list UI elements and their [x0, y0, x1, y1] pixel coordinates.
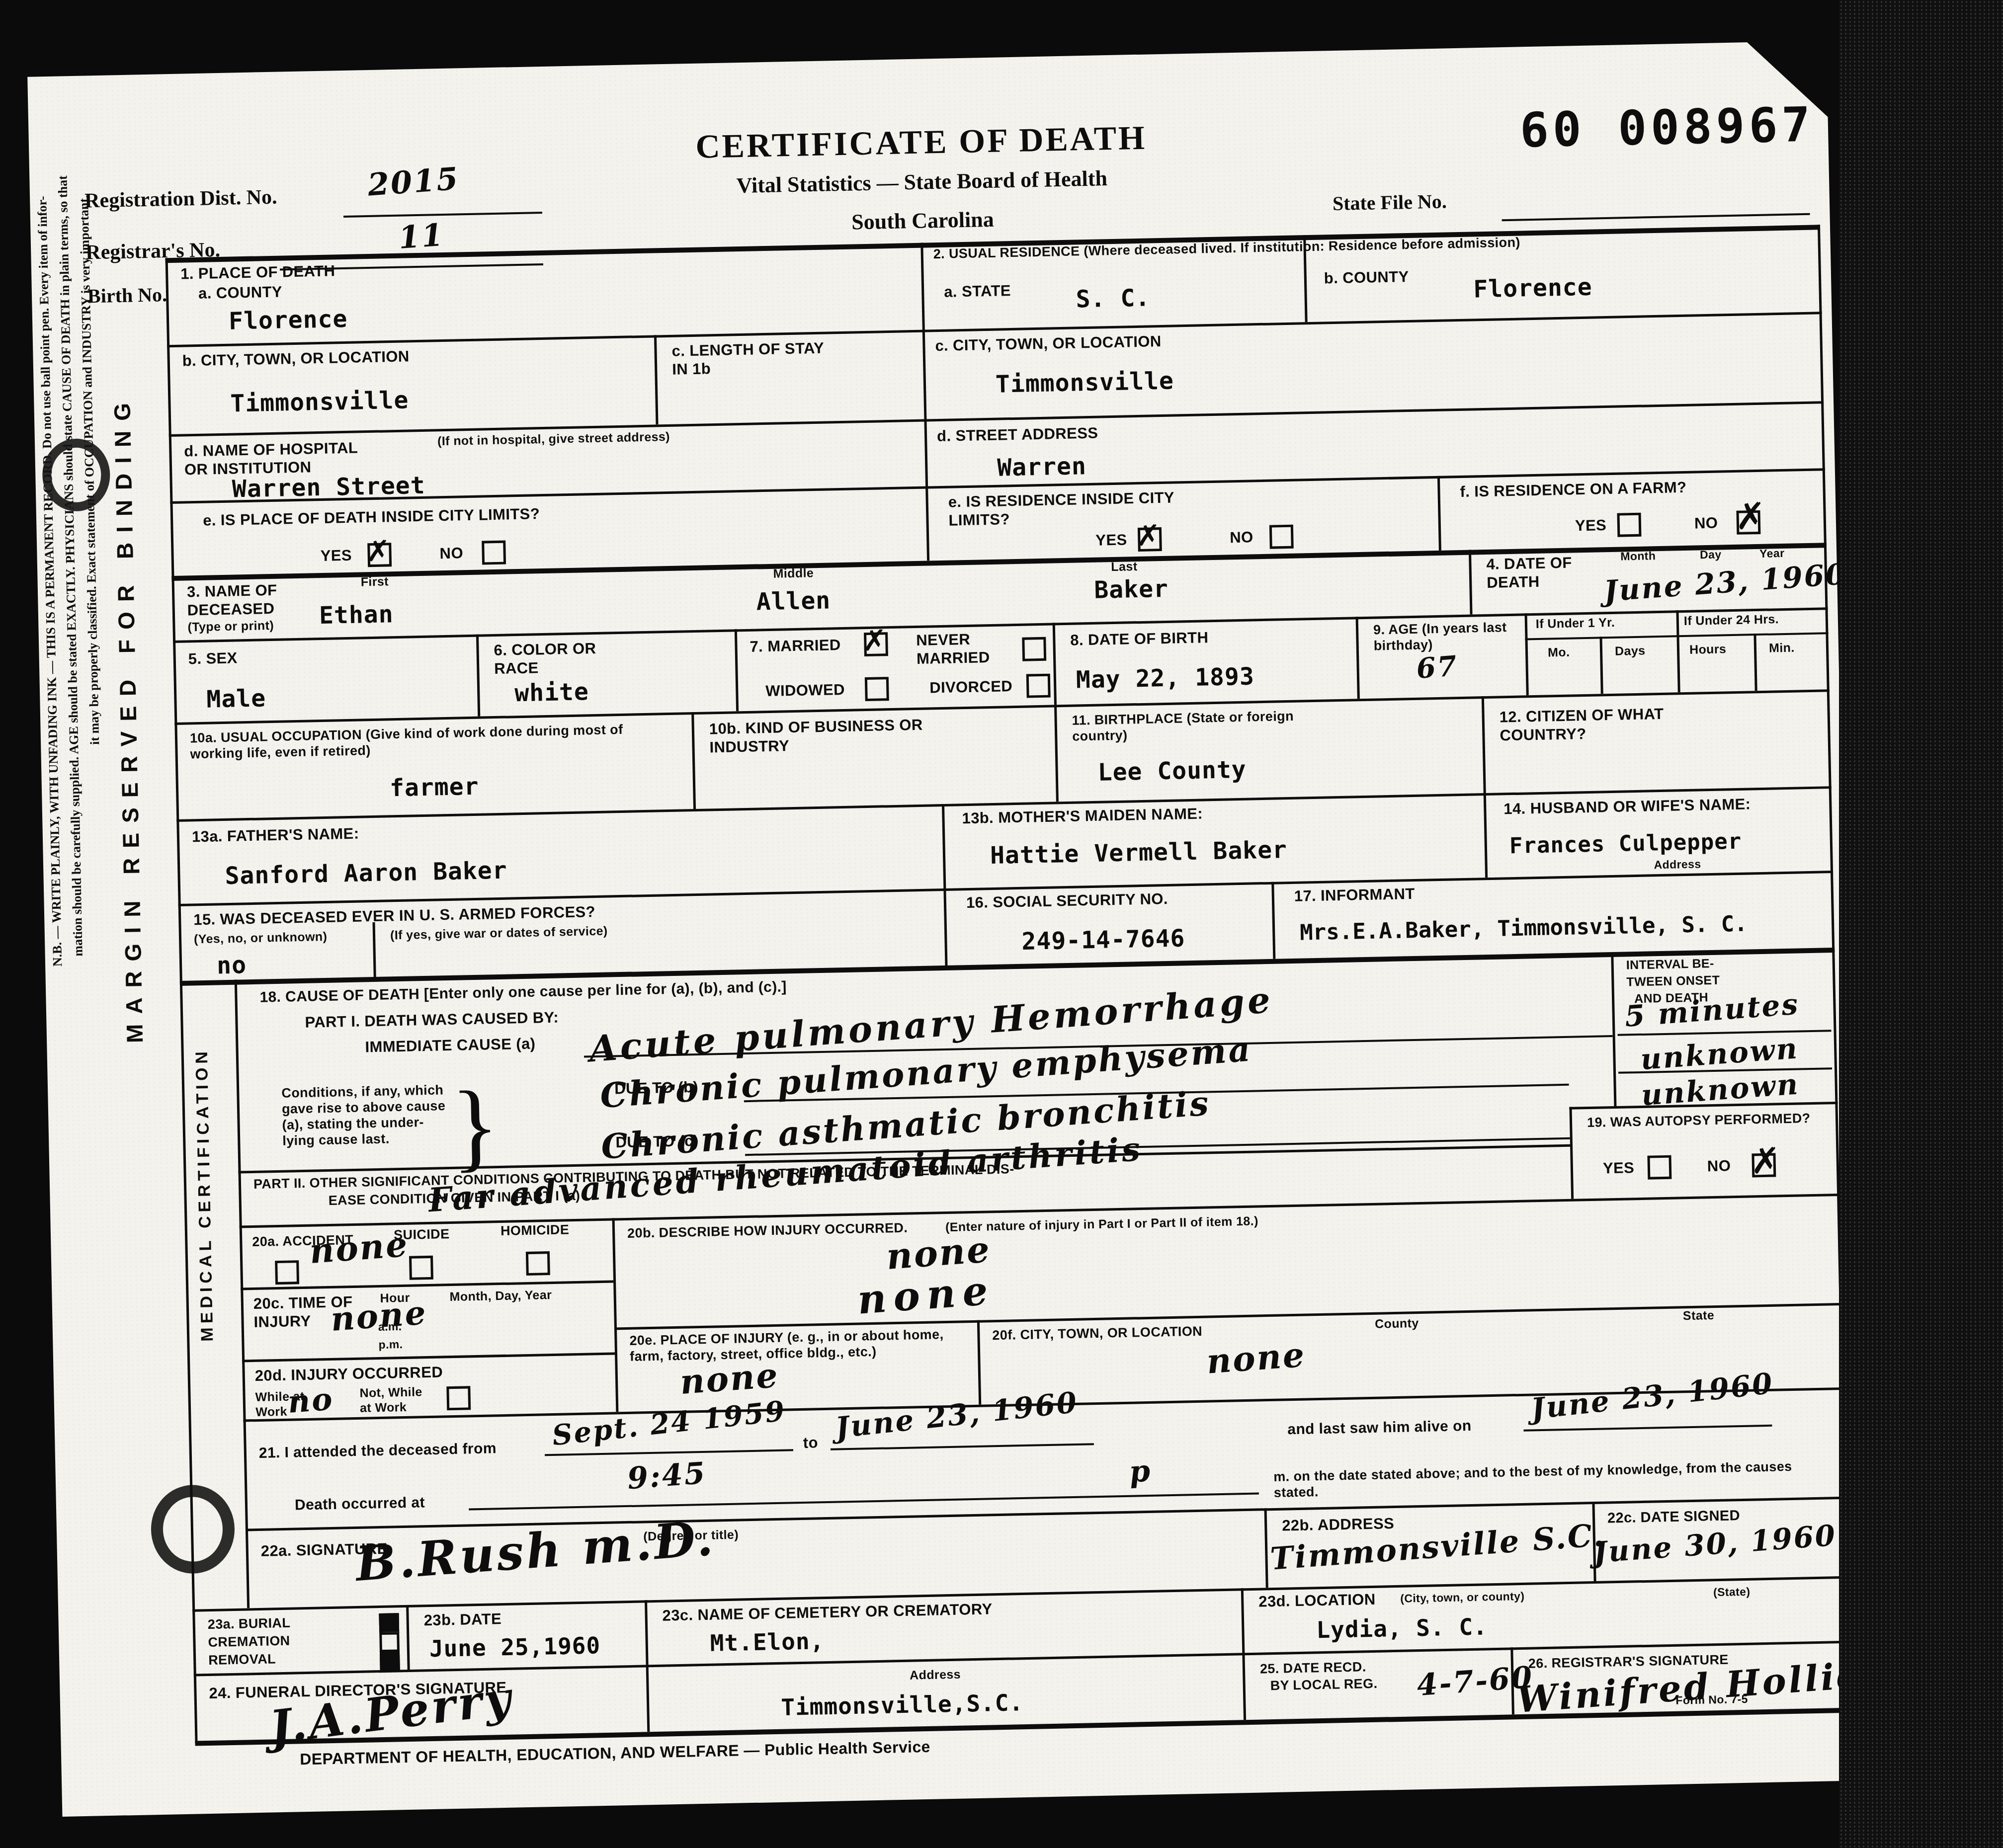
accident-checkbox [275, 1260, 299, 1285]
armed-forces-label: 15. WAS DECEASED EVER IN U. S. ARMED FOR… [193, 903, 595, 929]
street-address-value: Warren [997, 452, 1086, 482]
place-of-injury-none-handwriting: none [678, 1356, 780, 1402]
check-mark: ✗ [862, 626, 887, 655]
check-mark: ✗ [1750, 1142, 1781, 1179]
last-name-column-label: Last [1111, 560, 1138, 574]
at-work-label: at Work [360, 1400, 407, 1416]
age-label: 9. AGE (In years last birthday) [1373, 620, 1518, 654]
middle-name-column-label: Middle [773, 566, 814, 581]
sex-value: Male [206, 684, 266, 713]
res-yes-checkbox: ✗ [1138, 527, 1162, 552]
day-column-label: Day [1700, 548, 1722, 562]
state-file-number-stamp: 60 008967 [1519, 97, 1815, 159]
farm-yes-label: YES [1575, 516, 1607, 535]
never-married-label: NEVER MARRIED [916, 630, 1011, 668]
not-while-checkbox [446, 1386, 471, 1410]
armed-forces-hint1: (Yes, no, or unknown) [194, 930, 328, 947]
certificate-subtitle: Vital Statistics — State Board of Health [611, 163, 1233, 201]
if-under-24hrs-label: If Under 24 Hrs. [1684, 612, 1779, 629]
burial-mark [380, 1651, 400, 1671]
scanned-death-certificate: N.B. — WRITE PLAINLY, WITH UNFADING INK … [0, 0, 2003, 1848]
cemetery-value: Mt.Elon, [710, 1627, 825, 1657]
married-label: 7. MARRIED [750, 636, 841, 656]
pod-county-value: Florence [229, 305, 348, 335]
attended-from-handwriting: Sept. 24 1959 [551, 1394, 788, 1452]
occupation-label: 10a. USUAL OCCUPATION (Give kind of work… [190, 721, 668, 762]
res-city-label: c. CITY, TOWN, OR LOCATION [935, 332, 1162, 355]
fd-address-label: Address [910, 1668, 961, 1683]
location-value: Lydia, S. C. [1316, 1613, 1488, 1643]
date-of-death-label: 4. DATE OF DEATH [1486, 554, 1586, 592]
farm-yes-checkbox [1617, 513, 1641, 537]
type-or-print-hint: (Type or print) [187, 619, 274, 635]
injury-city-label: 20f. CITY, TOWN, OR LOCATION [992, 1324, 1202, 1343]
to-label: to [803, 1434, 818, 1452]
color-or-race-value: white [514, 678, 589, 707]
md-address-label: 22b. ADDRESS [1282, 1515, 1395, 1535]
time-none-handwriting: none [330, 1293, 428, 1339]
citizen-label: 12. CITIZEN OF WHAT COUNTRY? [1499, 704, 1738, 745]
pod-city-label: b. CITY, TOWN, OR LOCATION [182, 347, 410, 370]
date-received-label-line2: BY LOCAL REG. [1270, 1676, 1377, 1693]
conditions-brace: } [450, 1069, 500, 1184]
part1-label: PART I. DEATH WAS CAUSED BY: [305, 1009, 559, 1032]
armed-forces-value: no [217, 951, 247, 979]
autopsy-yes-label: YES [1603, 1159, 1635, 1177]
spouse-address-label: Address [1654, 857, 1701, 872]
registration-dist-value: 2015 [366, 161, 460, 203]
registration-dist-label: Registration Dist. No. [84, 185, 277, 213]
occupation-value: farmer [390, 773, 479, 803]
not-while-label: Not, While [359, 1385, 422, 1401]
attended-rest-label: m. on the date stated above; and to the … [1273, 1458, 1836, 1501]
describe-none2-handwriting: none [856, 1267, 997, 1323]
attended-label: 21. I attended the deceased from [259, 1440, 497, 1462]
pod-no-label: NO [439, 544, 463, 562]
pod-limits-label: e. IS PLACE OF DEATH INSIDE CITY LIMITS? [203, 505, 540, 530]
ssn-value: 249-14-7646 [1021, 924, 1185, 956]
last-saw-handwriting: June 23, 1960 [1529, 1366, 1775, 1426]
describe-injury-label: 20b. DESCRIBE HOW INJURY OCCURRED. [627, 1220, 908, 1241]
middle-name-value: Allen [756, 586, 831, 616]
date-signed-label: 22c. DATE SIGNED [1607, 1508, 1741, 1527]
check-mark: ✗ [1136, 521, 1161, 550]
state-file-no-label: State File No. [1332, 189, 1447, 215]
month-column-label: Month [1620, 549, 1656, 563]
homicide-label: HOMICIDE [501, 1222, 570, 1239]
registrar-no-value: 11 [397, 217, 445, 256]
months-column-label: Mo. [1548, 645, 1570, 660]
autopsy-yes-checkbox [1647, 1155, 1671, 1180]
year-column-label: Year [1759, 547, 1785, 561]
burial-label-line1: 23a. BURIAL [207, 1615, 290, 1632]
pod-county-label: a. COUNTY [198, 283, 283, 302]
hospital-hint: (If not in hospital, give street address… [437, 430, 670, 449]
month-day-year-label: Month, Day, Year [449, 1288, 552, 1304]
autopsy-no-checkbox: ✗ [1752, 1153, 1776, 1178]
burial-date-label: 23b. DATE [423, 1610, 501, 1629]
birth-no-label: Birth No. [87, 283, 167, 308]
res-county-value: Florence [1473, 273, 1592, 304]
if-under-1yr-label: If Under 1 Yr. [1536, 616, 1615, 632]
autopsy-no-label: NO [1707, 1157, 1731, 1175]
injury-occurred-no-handwriting: no [286, 1381, 334, 1420]
injury-occurred-label: 20d. INJURY OCCURRED [254, 1363, 443, 1385]
location-state-hint: (State) [1713, 1585, 1751, 1599]
location-hint: (City, town, or county) [1400, 1590, 1525, 1606]
last-saw-label: and last saw him alive on [1287, 1418, 1472, 1438]
divorced-label: DIVORCED [929, 677, 1013, 697]
ssn-label: 16. SOCIAL SECURITY NO. [966, 890, 1168, 912]
res-no-label: NO [1230, 528, 1253, 547]
length-of-stay-label: c. LENGTH OF STAY IN 1b [671, 339, 836, 379]
scan-edge-right [1839, 0, 2003, 1848]
interval-label-line1: INTERVAL BE- [1626, 957, 1714, 973]
last-name-value: Baker [1094, 575, 1169, 604]
days-column-label: Days [1615, 644, 1646, 659]
certificate-paper: N.B. — WRITE PLAINLY, WITH UNFADING INK … [27, 41, 1861, 1817]
attended-to-handwriting: June 23, 1960 [834, 1385, 1080, 1445]
birthplace-label: 11. BIRTHPLACE (State or foreign country… [1072, 709, 1296, 745]
married-checkbox: ✗ [864, 632, 888, 656]
business-label: 10b. KIND OF BUSINESS OR INDUSTRY [709, 715, 968, 757]
spouse-name-label: 14. HUSBAND OR WIFE'S NAME: [1503, 795, 1751, 818]
first-name-column-label: First [360, 574, 389, 589]
describe-injury-hint: (Enter nature of injury in Part I or Par… [945, 1214, 1258, 1235]
cause-of-death-label: 18. CAUSE OF DEATH [Enter only one cause… [259, 978, 787, 1006]
widowed-label: WIDOWED [765, 681, 845, 700]
state-name: South Carolina [612, 202, 1234, 240]
death-occurred-label: Death occurred at [295, 1494, 425, 1514]
birthplace-value: Lee County [1097, 756, 1247, 787]
immediate-cause-label: IMMEDIATE CAUSE (a) [365, 1035, 536, 1056]
informant-value: Mrs.E.A.Baker, Timmonsville, S. C. [1300, 911, 1748, 946]
mother-name-value: Hattie Vermell Baker [990, 836, 1288, 870]
physician-signature-handwriting: B.Rush m.D. [354, 1510, 717, 1592]
sex-label: 5. SEX [188, 649, 238, 668]
form-number: Form No. 7-5 [1675, 1692, 1748, 1707]
burial-date-value: June 25,1960 [429, 1632, 600, 1662]
farm-no-label: NO [1694, 514, 1718, 533]
date-of-death-value: June 23, 1960 [1603, 557, 1848, 608]
divorced-checkbox [1026, 674, 1051, 698]
burial-label-line3: REMOVAL [208, 1651, 276, 1668]
informant-label: 17. INFORMANT [1294, 885, 1415, 905]
burial-label-line2: CREMATION [208, 1633, 290, 1650]
date-received-label-line1: 25. DATE RECD. [1260, 1659, 1366, 1677]
pm-label: p.m. [378, 1338, 403, 1352]
date-of-birth-label: 8. DATE OF BIRTH [1070, 629, 1209, 649]
autopsy-label: 19. WAS AUTOPSY PERFORMED? [1587, 1110, 1826, 1130]
pod-city-value: Timmonsville [230, 386, 409, 417]
conditions-note: Conditions, if any, which gave rise to a… [281, 1082, 446, 1149]
location-label: 23d. LOCATION [1258, 1591, 1376, 1611]
injury-county-label: County [1375, 1316, 1419, 1332]
hospital-value: Warren Street [232, 472, 425, 503]
name-of-deceased-label: 3. NAME OF DECEASED [187, 580, 317, 619]
check-mark: ✗ [366, 536, 391, 565]
burial-mark [379, 1613, 399, 1633]
armed-forces-hint2: (If yes, give war or dates of service) [390, 924, 608, 943]
injury-city-none-handwriting: none [1205, 1335, 1307, 1381]
certificate-title: CERTIFICATE OF DEATH [610, 116, 1232, 168]
first-name-value: Ethan [319, 600, 394, 630]
father-name-label: 13a. FATHER'S NAME: [192, 825, 359, 846]
fd-address-value: Timmonsville,S.C. [781, 1689, 1024, 1721]
interval-label-line2: TWEEN ONSET [1626, 973, 1720, 990]
res-county-label: b. COUNTY [1324, 268, 1409, 287]
res-state-value: S. C. [1076, 284, 1151, 313]
never-married-checkbox [1022, 637, 1046, 661]
street-address-label: d. STREET ADDRESS [937, 424, 1098, 446]
check-mark: ✗ [1735, 498, 1766, 535]
burial-mark [379, 1632, 400, 1652]
farm-label: f. IS RESIDENCE ON A FARM? [1460, 478, 1719, 501]
pod-no-checkbox [482, 541, 506, 565]
date-of-birth-value: May 22, 1893 [1076, 662, 1254, 694]
spouse-name-value: Frances Culpepper [1509, 829, 1742, 859]
place-of-death-section-label: 1. PLACE OF DEATH [180, 262, 335, 283]
res-no-checkbox [1269, 525, 1294, 549]
death-time-handwriting: 9:45 [626, 1456, 708, 1496]
homicide-checkbox [526, 1251, 550, 1276]
death-ampm-handwriting: p [1128, 1453, 1153, 1490]
hours-column-label: Hours [1689, 642, 1727, 657]
color-or-race-label: 6. COLOR OR RACE [494, 639, 623, 678]
res-yes-label: YES [1095, 531, 1127, 549]
suicide-checkbox [409, 1256, 433, 1280]
father-name-value: Sanford Aaron Baker [225, 857, 507, 890]
pod-yes-checkbox: ✗ [367, 543, 392, 567]
injury-state-label: State [1683, 1308, 1715, 1323]
work-label: Work [255, 1405, 287, 1420]
farm-no-checkbox: ✗ [1736, 510, 1760, 535]
res-city-value: Timmonsville [995, 367, 1174, 399]
minutes-column-label: Min. [1769, 641, 1795, 656]
department-footer: DEPARTMENT OF HEALTH, EDUCATION, AND WEL… [300, 1738, 930, 1768]
accident-none-handwriting: none [308, 1225, 410, 1272]
mother-name-label: 13b. MOTHER'S MAIDEN NAME: [962, 805, 1203, 828]
res-limits-label: e. IS RESIDENCE INSIDE CITY LIMITS? [948, 487, 1227, 529]
cemetery-label: 23c. NAME OF CEMETERY OR CREMATORY [662, 1600, 993, 1624]
place-of-injury-label: 20e. PLACE OF INJURY (e. g., in or about… [629, 1327, 958, 1365]
margin-binding-label: MARGIN RESERVED FOR BINDING [108, 393, 148, 1043]
medical-certification-label: MEDICAL CERTIFICATION [192, 1047, 218, 1342]
widowed-checkbox [865, 677, 889, 701]
res-state-label: a. STATE [944, 282, 1011, 301]
age-value: 67 [1415, 649, 1459, 685]
pod-yes-label: YES [320, 547, 352, 565]
